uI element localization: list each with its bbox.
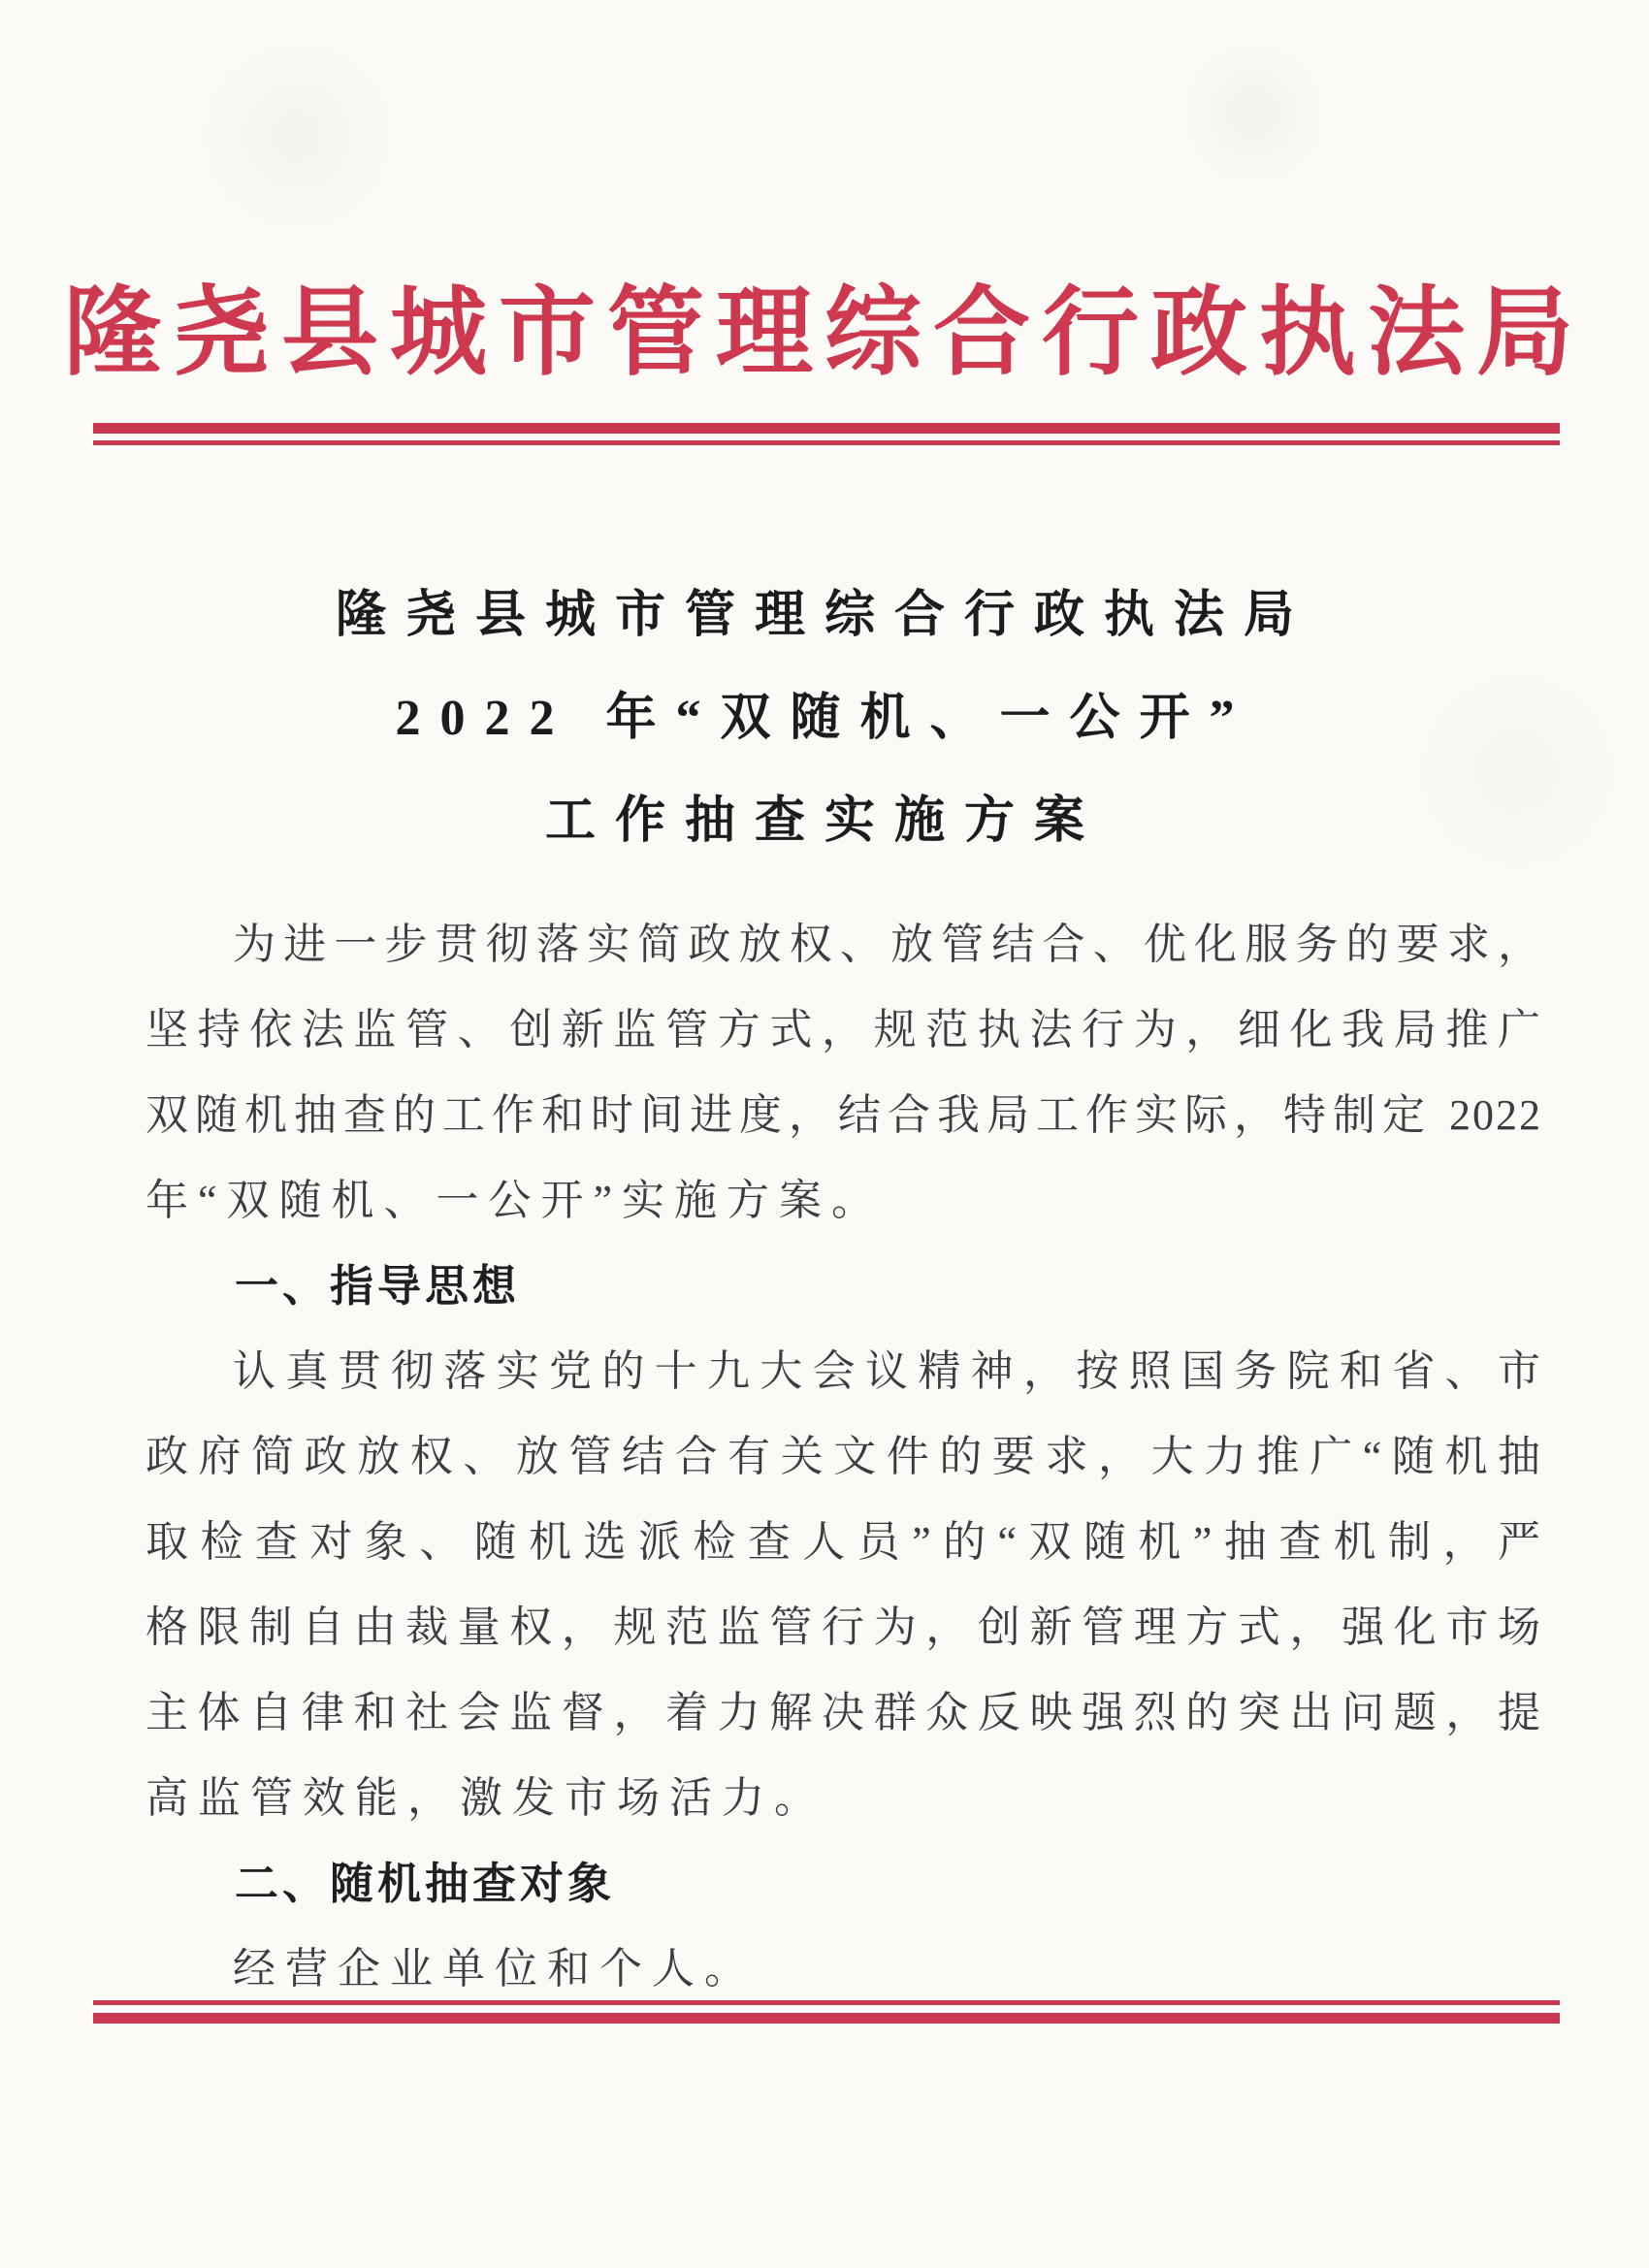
body-line: 政府简政放权、放管结合有关文件的要求，大力推广“随机抽 bbox=[145, 1414, 1542, 1500]
body-line: 为进一步贯彻落实简政放权、放管结合、优化服务的要求， bbox=[145, 902, 1542, 988]
footer-divider-thin-bar bbox=[93, 2000, 1560, 2005]
letterhead-divider-thin-bar bbox=[93, 440, 1560, 445]
body-line: 坚持依法监管、创新监管方式，规范执法行为，细化我局推广 bbox=[145, 988, 1542, 1073]
document-title-line-2: 2022 年“双随机、一公开” bbox=[0, 667, 1649, 770]
letterhead-agency-name: 隆尧县城市管理综合行政执法局 bbox=[0, 254, 1649, 394]
body-line: 双随机抽查的工作和时间进度，结合我局工作实际，特制定 2022 bbox=[145, 1073, 1542, 1158]
body-line: 高监管效能，激发市场活力。 bbox=[145, 1756, 1542, 1841]
paragraph-intro: 为进一步贯彻落实简政放权、放管结合、优化服务的要求， 坚持依法监管、创新监管方式… bbox=[145, 902, 1542, 1244]
body-line: 取检查对象、随机选派检查人员”的“双随机”抽查机制，严 bbox=[145, 1500, 1542, 1585]
paragraph-guiding-ideology: 认真贯彻落实党的十九大会议精神，按照国务院和省、市 政府简政放权、放管结合有关文… bbox=[145, 1329, 1542, 1841]
document-title-line-1: 隆尧县城市管理综合行政执法局 bbox=[0, 565, 1649, 667]
document-title: 隆尧县城市管理综合行政执法局 2022 年“双随机、一公开” 工作抽查实施方案 bbox=[0, 565, 1649, 873]
body-line: 认真贯彻落实党的十九大会议精神，按照国务院和省、市 bbox=[145, 1329, 1542, 1414]
letterhead-divider bbox=[93, 423, 1560, 445]
paragraph-inspection-targets: 经营企业单位和个人。 bbox=[145, 1927, 1542, 2012]
body-line: 经营企业单位和个人。 bbox=[145, 1927, 1542, 2012]
footer-divider-thick-bar bbox=[93, 2013, 1560, 2024]
letterhead-divider-thick-bar bbox=[93, 423, 1560, 434]
scanned-document-page: 隆尧县城市管理综合行政执法局 隆尧县城市管理综合行政执法局 2022 年“双随机… bbox=[0, 0, 1649, 2268]
body-line: 格限制自由裁量权，规范监管行为，创新管理方式，强化市场 bbox=[145, 1585, 1542, 1670]
body-line: 年“双随机、一公开”实施方案。 bbox=[145, 1158, 1542, 1244]
document-title-line-3: 工作抽查实施方案 bbox=[0, 770, 1649, 873]
document-body: 为进一步贯彻落实简政放权、放管结合、优化服务的要求， 坚持依法监管、创新监管方式… bbox=[145, 902, 1542, 2012]
body-line: 主体自律和社会监督，着力解决群众反映强烈的突出问题，提 bbox=[145, 1670, 1542, 1756]
footer-divider bbox=[93, 2000, 1560, 2024]
section-heading-guiding-ideology: 一、指导思想 bbox=[145, 1244, 1542, 1329]
section-heading-inspection-targets: 二、随机抽查对象 bbox=[145, 1841, 1542, 1927]
